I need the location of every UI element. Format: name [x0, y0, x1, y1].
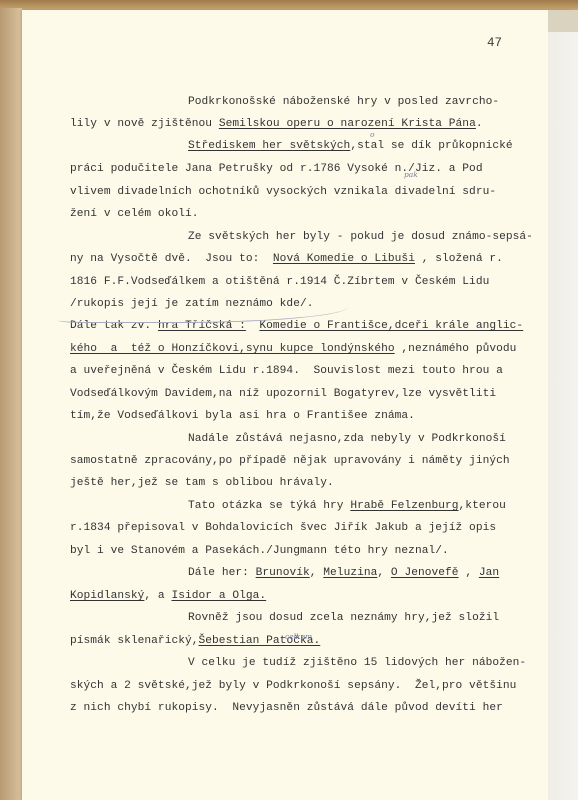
text-line: lily v nově zjištěnou Semilskou operu o … — [70, 118, 483, 130]
underlined-title: Komedie o Františce,dceři krále anglic- — [259, 320, 523, 332]
text-line: Tato otázka se týká hry Hrabě Felzenburg… — [188, 500, 506, 512]
text-line: vlivem divadelních ochotníků vysockých v… — [70, 186, 496, 198]
text-line: Kopidlanský, a Isidor a Olga. — [70, 590, 266, 602]
text-segment: ských a 2 světské,jež byly v Podkrkonoší… — [70, 680, 516, 692]
text-segment: lily v nově zjištěnou — [70, 118, 219, 130]
text-segment: 1816 F.F.Vodseďálkem a otištěná r.1914 Č… — [70, 276, 489, 288]
scan-background-top — [0, 0, 578, 10]
text-line: r.1834 přepisoval v Bohdalovicích švec J… — [70, 522, 496, 534]
text-segment: , — [459, 567, 479, 579]
text-line: ských a 2 světské,jež byly v Podkrkonoší… — [70, 680, 516, 692]
underlined-title: Brunovík — [256, 567, 310, 579]
text-segment: písmák sklenařický, — [70, 635, 199, 647]
text-segment: z nich chybí rukopisy. Nevyjasněn zůstáv… — [70, 702, 503, 714]
underlined-title: Meluzina — [323, 567, 377, 579]
underlined-title: Hrabě Felzenburg — [350, 500, 458, 512]
text-segment: a uveřejněná v Českém Lidu r.1894. Souvi… — [70, 365, 503, 377]
scan-background-left — [0, 8, 22, 800]
underlined-title: Nová Komedie o Libuši — [273, 253, 415, 265]
text-line: písmák sklenařický,Šebestian Patočka. — [70, 635, 320, 647]
text-line: 1816 F.F.Vodseďálkem a otištěná r.1914 Č… — [70, 276, 489, 288]
text-segment: , složená r. — [415, 253, 503, 265]
text-line: práci podučitele Jana Petrušky od r.1786… — [70, 163, 483, 175]
handwritten-note: celkem — [285, 632, 312, 641]
text-line: ny na Vysočtě dvě. Jsou to: Nová Komedie… — [70, 253, 503, 265]
text-segment: ,kterou — [459, 500, 506, 512]
text-segment: V celku je tudíž zjištěno 15 lidových he… — [188, 657, 526, 669]
text-line: Podkrkonošské náboženské hry v posled za… — [188, 96, 499, 108]
text-segment: Dále her: — [188, 567, 256, 579]
text-line: V celku je tudíž zjištěno 15 lidových he… — [188, 657, 526, 669]
underlined-title: Jan — [479, 567, 499, 579]
text-segment: práci podučitele Jana Petrušky od r.1786… — [70, 163, 483, 175]
underlined-title: Isidor a Olga. — [171, 590, 266, 602]
underlined-title: Semilskou operu o narození Krista Pána — [219, 118, 476, 130]
text-segment: Nadále zůstává nejasno,zda nebyly v Podk… — [188, 433, 506, 445]
text-segment: samostatně zpracovány,po případě nějak u… — [70, 455, 510, 467]
text-line: kého a též o Honzíčkovi,synu kupce londý… — [70, 343, 516, 355]
text-line: Střediskem her světských,stal se dík prů… — [188, 140, 513, 152]
text-line: samostatně zpracovány,po případě nějak u… — [70, 455, 510, 467]
text-segment: r.1834 přepisoval v Bohdalovicích švec J… — [70, 522, 496, 534]
text-line: Ze světských her byly - pokud je dosud z… — [188, 231, 533, 243]
text-segment: ,stal se dík průkopnické — [350, 140, 512, 152]
text-line: Rovněž jsou dosud zcela neznámy hry,jež … — [188, 612, 499, 624]
underlined-title: kého a též o Honzíčkovi,synu kupce londý… — [70, 343, 395, 355]
text-segment: Tato otázka se týká hry — [188, 500, 350, 512]
text-line: byl i ve Stanovém a Pasekách./Jungmann t… — [70, 545, 449, 557]
scan-background-right — [548, 10, 578, 800]
text-segment: Vodseďálkovým Davidem,na níž upozornil B… — [70, 388, 496, 400]
handwritten-note: o — [370, 130, 375, 139]
text-segment: , a — [144, 590, 171, 602]
text-line: tím,že Vodseďálkovi byla asi hra o Frant… — [70, 410, 415, 422]
handwritten-note: pak — [404, 170, 418, 179]
text-segment: žení v celém okolí. — [70, 208, 199, 220]
text-segment: Ze světských her byly - pokud je dosud z… — [188, 231, 533, 243]
text-line: a uveřejněná v Českém Lidu r.1894. Souvi… — [70, 365, 503, 377]
text-line: ještě her,jež se tam s oblibou hrávaly. — [70, 477, 334, 489]
text-segment: , — [377, 567, 391, 579]
text-segment: vlivem divadelních ochotníků vysockých v… — [70, 186, 496, 198]
page-number: 47 — [487, 36, 502, 50]
text-segment: ny na Vysočtě dvě. Jsou to: — [70, 253, 273, 265]
text-line: žení v celém okolí. — [70, 208, 199, 220]
text-line: Nadále zůstává nejasno,zda nebyly v Podk… — [188, 433, 506, 445]
text-line: Vodseďálkovým Davidem,na níž upozornil B… — [70, 388, 496, 400]
text-segment: ještě her,jež se tam s oblibou hrávaly. — [70, 477, 334, 489]
text-segment: Podkrkonošské náboženské hry v posled za… — [188, 96, 499, 108]
text-line: Dále her: Brunovík, Meluzina, O Jenovefě… — [188, 567, 499, 579]
text-segment: ,neznámého původu — [395, 343, 517, 355]
text-segment: Rovněž jsou dosud zcela neznámy hry,jež … — [188, 612, 499, 624]
text-segment: , — [310, 567, 324, 579]
text-segment — [246, 320, 260, 332]
underlined-title: Kopidlanský — [70, 590, 144, 602]
text-segment: tím,že Vodseďálkovi byla asi hra o Frant… — [70, 410, 415, 422]
underlined-title: Střediskem her světských — [188, 140, 350, 152]
underlined-title: O Jenovefě — [391, 567, 459, 579]
text-segment: byl i ve Stanovém a Pasekách./Jungmann t… — [70, 545, 449, 557]
text-line: z nich chybí rukopisy. Nevyjasněn zůstáv… — [70, 702, 503, 714]
text-segment: . — [476, 118, 483, 130]
